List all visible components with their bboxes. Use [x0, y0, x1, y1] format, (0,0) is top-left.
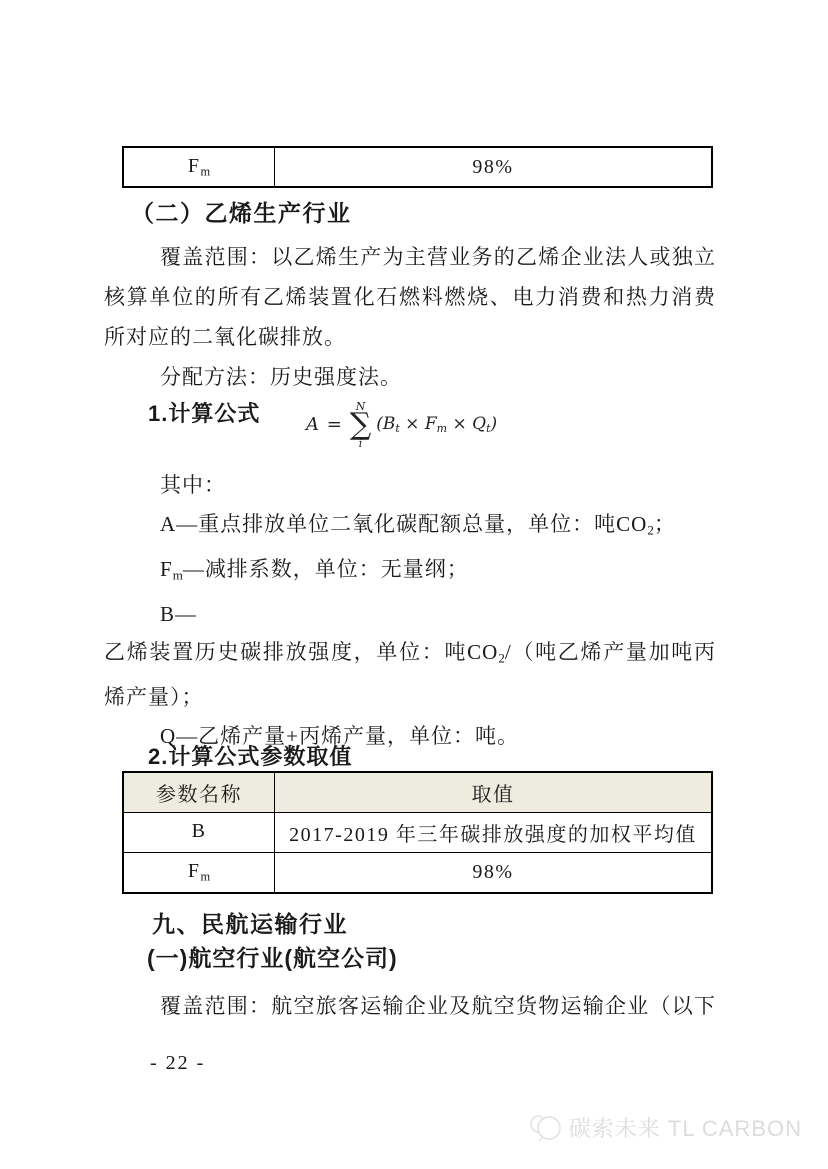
table-row: Fm 98%: [123, 147, 712, 187]
paragraph-line: 覆盖范围：以乙烯生产为主营业务的乙烯企业法人或独立: [104, 237, 716, 277]
section-heading-aviation: 九、民航运输行业: [152, 906, 348, 939]
watermark-text: 碳索未来 TL CARBON: [569, 1112, 802, 1143]
definition-line: Fm—减排系数，单位：无量纲；: [104, 550, 716, 595]
header-cell-value: 取值: [275, 772, 713, 813]
section-heading-ethylene: （二）乙烯生产行业: [131, 195, 352, 228]
param-cell: B: [123, 813, 275, 853]
table-row: Fm 98%: [123, 853, 712, 894]
sigma-icon: ∑: [350, 412, 371, 438]
watermark: 碳索未来 TL CARBON: [529, 1112, 802, 1143]
formula-heading: 1.计算公式: [148, 397, 260, 428]
param-cell: Fm: [123, 853, 275, 894]
params-heading: 2.计算公式参数取值: [148, 740, 352, 771]
fm-value-table: Fm 98%: [122, 146, 713, 188]
allocation-method-paragraph: 分配方法：历史强度法。: [104, 357, 716, 397]
sum-lower-limit: i: [359, 438, 363, 449]
table-row: B 2017-2019 年三年碳排放强度的加权平均值: [123, 813, 712, 853]
document-page: Fm 98% （二）乙烯生产行业 覆盖范围：以乙烯生产为主营业务的乙烯企业法人或…: [0, 0, 828, 1169]
header-cell-param: 参数名称: [123, 772, 275, 813]
value-cell: 2017-2019 年三年碳排放强度的加权平均值: [275, 813, 713, 853]
value-cell: 98%: [275, 147, 713, 187]
value-cell: 98%: [275, 853, 713, 894]
formula-lhs: A =: [306, 414, 343, 435]
table-header-row: 参数名称 取值: [123, 772, 712, 813]
definition-line: 乙烯装置历史碳排放强度，单位：吨CO2/（吨乙烯产量加吨丙: [104, 633, 716, 678]
tl-carbon-logo-icon: [529, 1113, 563, 1143]
page-number: - 22 -: [150, 1052, 205, 1075]
where-label: 其中：: [104, 466, 716, 505]
paragraph-line: 分配方法：历史强度法。: [104, 357, 716, 397]
definition-line: B—: [104, 595, 716, 634]
definition-line: A—重点排放单位二氧化碳配额总量，单位：吨CO2；: [104, 505, 716, 550]
params-table: 参数名称 取值 B 2017-2019 年三年碳排放强度的加权平均值 Fm 98…: [122, 771, 713, 894]
param-base: B: [192, 820, 207, 842]
definition-line: 烯产量）；: [104, 678, 716, 717]
param-cell: Fm: [123, 147, 275, 187]
formula-body: (Bt × Fm × Qt): [376, 414, 497, 435]
aviation-coverage-paragraph: 覆盖范围：航空旅客运输企业及航空货物运输企业（以下: [104, 986, 716, 1026]
param-subscript: m: [200, 164, 210, 178]
paragraph-line: 所对应的二氧化碳排放。: [104, 317, 716, 357]
allocation-formula: A = N ∑ i (Bt × Fm × Qt): [306, 401, 497, 449]
param-base: F: [188, 860, 201, 882]
param-base: F: [188, 155, 201, 177]
sigma-sum: N ∑ i: [350, 401, 371, 449]
paragraph-line: 覆盖范围：航空旅客运输企业及航空货物运输企业（以下: [104, 986, 716, 1026]
subsection-heading-airline: (一)航空行业(航空公司): [147, 940, 398, 973]
symbol-definitions: 其中： A—重点排放单位二氧化碳配额总量，单位：吨CO2； Fm—减排系数，单位…: [104, 466, 716, 755]
ethylene-coverage-paragraph: 覆盖范围：以乙烯生产为主营业务的乙烯企业法人或独立 核算单位的所有乙烯装置化石燃…: [104, 237, 716, 357]
paragraph-line: 核算单位的所有乙烯装置化石燃料燃烧、电力消费和热力消费: [104, 277, 716, 317]
param-subscript: m: [200, 870, 210, 884]
